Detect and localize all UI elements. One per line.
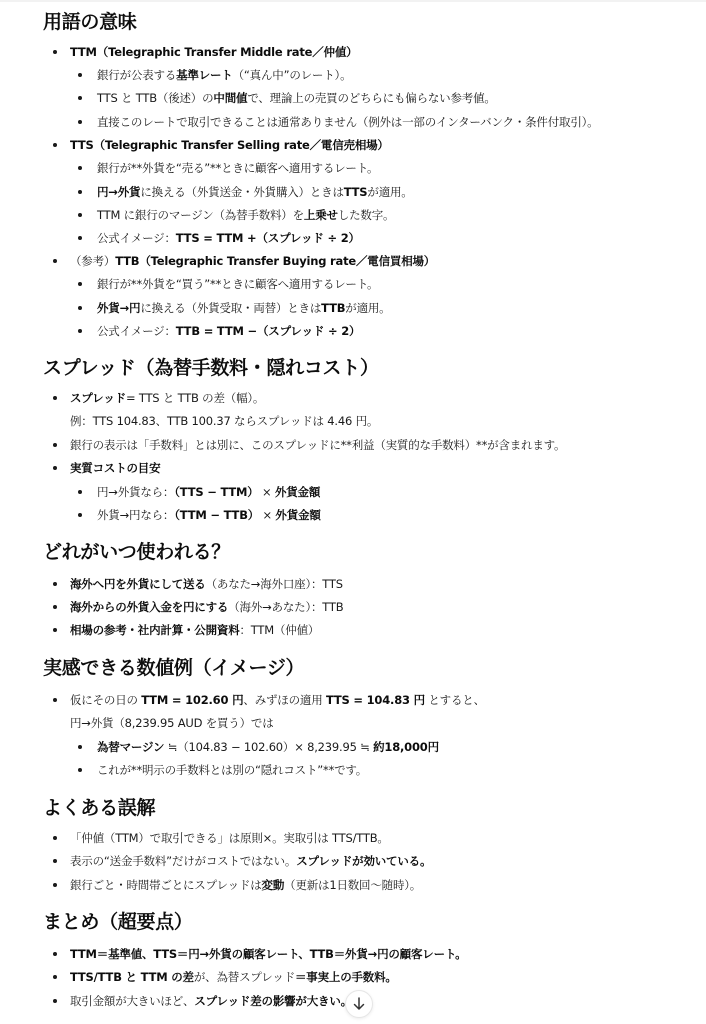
list-item: 表示の“送金手数料”だけがコストではない。スプレッドが効いている。 [70, 853, 431, 869]
list-item: 仮にその日の TTM = 102.60 円、みずほの適用 TTS = 104.8… [70, 692, 485, 708]
list-item: 円→外貨に換える（外貨送金・外貨購入）ときはTTSが適用。 [97, 184, 413, 200]
list-item: 取引金額が大きいほど、スプレッド差の影響が大きい。 [70, 993, 352, 1009]
heading-summary: まとめ（超要点） [43, 910, 193, 934]
list-item: これが**明示の手数料とは別の“隠れコスト”**です。 [97, 762, 367, 778]
list-item: 銀行が**外貨を“売る”**ときに顧客へ適用するレート。 [97, 160, 378, 176]
list-item: 外貨→円なら：（TTM − TTB） × 外貨金額 [97, 507, 321, 523]
list-item: 銀行の表示は「手数料」とは別に、このスプレッドに**利益（実質的な手数料）**が… [70, 437, 565, 453]
list-item: TTS/TTB と TTM の差が、為替スプレッド＝事実上の手数料。 [70, 969, 397, 985]
list-item: 実質コストの目安 [70, 460, 160, 476]
list-item: 「仲値（TTM）で取引できる」は原則×。実取引は TTS/TTB。 [70, 830, 389, 846]
list-item: TTM に銀行のマージン（為替手数料）を上乗せした数字。 [97, 207, 394, 223]
list-item: TTS と TTB（後述）の中間値で、理論上の売買のどちらにも偏らない参考値。 [97, 90, 496, 106]
top-divider [0, 0, 706, 2]
list-item: 銀行が**外貨を“買う”**ときに顧客へ適用するレート。 [97, 276, 378, 292]
list-item: 外貨→円に換える（外貨受取・両替）ときはTTBが適用。 [97, 300, 390, 316]
list-item: TTM＝基準値、TTS＝円→外貨の顧客レート、TTB＝外貨→円の顧客レート。 [70, 946, 466, 962]
scroll-to-bottom-button[interactable] [345, 990, 373, 1018]
heading-numeric-example: 実感できる数値例（イメージ） [43, 656, 304, 680]
list-item: スプレッド= TTS と TTB の差（幅）。 [70, 390, 264, 406]
heading-when-used: どれがいつ使われる？ [43, 540, 230, 564]
list-item-ttm: TTM（Telegraphic Transfer Middle rate／仲値） [70, 44, 357, 60]
list-item: 海外へ円を外貨にして送る（あなた→海外口座）：TTS [70, 576, 343, 592]
list-item-ttb: （参考）TTB（Telegraphic Transfer Buying rate… [70, 253, 435, 269]
arrow-down-icon [353, 997, 365, 1011]
list-item-formula: 公式イメージ：TTB = TTM −（スプレッド ÷ 2） [97, 323, 360, 339]
list-item: 銀行が公表する基準レート（“真ん中”のレート）。 [97, 67, 351, 83]
list-item-formula: 公式イメージ：TTS = TTM +（スプレッド ÷ 2） [97, 230, 360, 246]
list-item-continuation: 例：TTS 104.83、TTB 100.37 ならスプレッドは 4.46 円。 [70, 413, 378, 429]
list-item-tts: TTS（Telegraphic Transfer Selling rate／電信… [70, 137, 389, 153]
list-item: 為替マージン ≒（104.83 − 102.60）× 8,239.95 ≒ 約1… [97, 739, 439, 755]
list-item-continuation: 円→外貨（8,239.95 AUD を買う）では [70, 715, 274, 731]
list-item: 円→外貨なら：（TTS − TTM） × 外貨金額 [97, 484, 320, 500]
heading-misconceptions: よくある誤解 [43, 796, 155, 820]
heading-spread: スプレッド（為替手数料・隠れコスト） [43, 356, 379, 380]
list-item: 海外からの外貨入金を円にする（海外→あなた）：TTB [70, 599, 343, 615]
list-item: 直接このレートで取引できることは通常ありません（例外は一部のインターバンク・条件… [97, 114, 598, 130]
list-item: 銀行ごと・時間帯ごとにスプレッドは変動（更新は1日数回〜随時）。 [70, 877, 421, 893]
list-item: 相場の参考・社内計算・公開資料：TTM（仲値） [70, 622, 319, 638]
heading-term-meanings: 用語の意味 [43, 10, 137, 34]
